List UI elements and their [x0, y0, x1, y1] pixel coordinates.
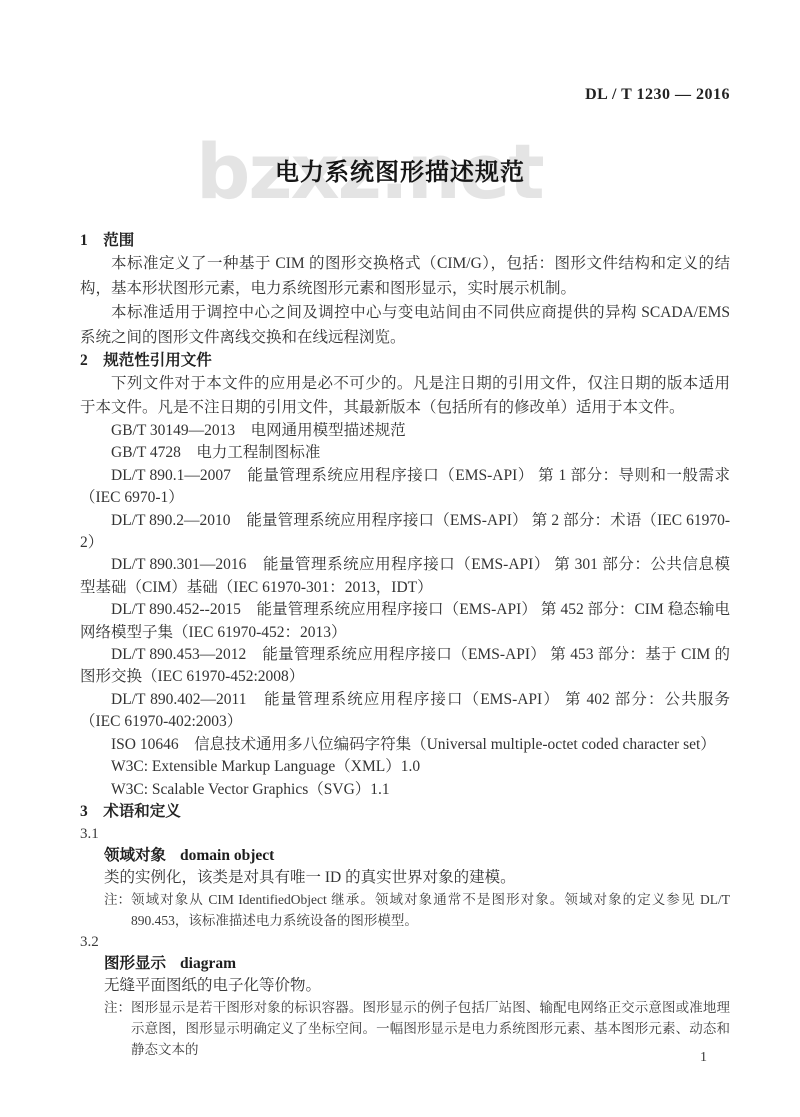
- term-name-zh: 图形显示: [104, 955, 166, 972]
- term-title: 领域对象domain object: [104, 845, 730, 867]
- document-title: 电力系统图形描述规范: [0, 152, 800, 187]
- reference-item: DL/T 890.301—2016 能量管理系统应用程序接口（EMS-API） …: [80, 554, 730, 599]
- reference-item: ISO 10646 信息技术通用多八位编码字符集（Universal multi…: [80, 734, 730, 756]
- reference-item: GB/T 4728 电力工程制图标准: [80, 442, 730, 464]
- reference-item: DL/T 890.453—2012 能量管理系统应用程序接口（EMS-API） …: [80, 644, 730, 689]
- section-scope-heading: 1 范围: [80, 230, 730, 252]
- section-references-heading: 2 规范性引用文件: [80, 350, 730, 372]
- term-entry: 3.1 领域对象domain object 类的实例化，该类是对具有唯一 ID …: [80, 823, 730, 931]
- term-name-zh: 领域对象: [104, 847, 166, 864]
- note-text: 图形显示是若干图形对象的标识容器。图形显示的例子包括厂站图、输配电网络正交示意图…: [131, 997, 730, 1060]
- scope-paragraph: 本标准定义了一种基于 CIM 的图形交换格式（CIM/G），包括：图形文件结构和…: [80, 252, 730, 301]
- term-definition: 类的实例化，该类是对具有唯一 ID 的真实世界对象的建模。: [104, 867, 730, 889]
- term-note: 注： 图形显示是若干图形对象的标识容器。图形显示的例子包括厂站图、输配电网络正交…: [104, 997, 730, 1060]
- scope-paragraph: 本标准适用于调控中心之间及调控中心与变电站间由不同供应商提供的异构 SCADA/…: [80, 301, 730, 350]
- document-page: DL / T 1230 — 2016 bzxz.net 电力系统图形描述规范 1…: [0, 0, 800, 1117]
- section-terms-heading: 3 术语和定义: [80, 801, 730, 823]
- section-references: 2 规范性引用文件 下列文件对于本文件的应用是必不可少的。凡是注日期的引用文件，…: [80, 350, 730, 801]
- term-name-en: diagram: [180, 955, 236, 972]
- reference-item: DL/T 890.452--2015 能量管理系统应用程序接口（EMS-API）…: [80, 599, 730, 644]
- note-label: 注：: [104, 997, 131, 1060]
- reference-item: DL/T 890.402—2011 能量管理系统应用程序接口（EMS-API） …: [80, 689, 730, 734]
- term-note: 注： 领域对象从 CIM IdentifiedObject 继承。领域对象通常不…: [104, 889, 730, 931]
- term-entry: 3.2 图形显示diagram 无缝平面图纸的电子化等价物。 注： 图形显示是若…: [80, 931, 730, 1060]
- section-terms: 3 术语和定义 3.1 领域对象domain object 类的实例化，该类是对…: [80, 801, 730, 1060]
- reference-item: DL/T 890.2—2010 能量管理系统应用程序接口（EMS-API） 第 …: [80, 510, 730, 555]
- reference-item: W3C: Extensible Markup Language（XML）1.0: [80, 756, 730, 778]
- document-content: 1 范围 本标准定义了一种基于 CIM 的图形交换格式（CIM/G），包括：图形…: [80, 230, 730, 1060]
- standard-number: DL / T 1230 — 2016: [585, 86, 730, 104]
- term-body: 图形显示diagram 无缝平面图纸的电子化等价物。 注： 图形显示是若干图形对…: [104, 953, 730, 1060]
- term-number: 3.1: [80, 823, 730, 845]
- term-body: 领域对象domain object 类的实例化，该类是对具有唯一 ID 的真实世…: [104, 845, 730, 931]
- term-definition: 无缝平面图纸的电子化等价物。: [104, 975, 730, 997]
- reference-item: GB/T 30149—2013 电网通用模型描述规范: [80, 420, 730, 442]
- reference-item: DL/T 890.1—2007 能量管理系统应用程序接口（EMS-API） 第 …: [80, 465, 730, 510]
- term-title: 图形显示diagram: [104, 953, 730, 975]
- note-label: 注：: [104, 889, 131, 931]
- reference-item: W3C: Scalable Vector Graphics（SVG）1.1: [80, 779, 730, 801]
- note-text: 领域对象从 CIM IdentifiedObject 继承。领域对象通常不是图形…: [131, 889, 730, 931]
- section-scope: 1 范围 本标准定义了一种基于 CIM 的图形交换格式（CIM/G），包括：图形…: [80, 230, 730, 350]
- term-number: 3.2: [80, 931, 730, 953]
- term-name-en: domain object: [180, 847, 274, 864]
- references-intro: 下列文件对于本文件的应用是必不可少的。凡是注日期的引用文件，仅注日期的版本适用于…: [80, 372, 730, 420]
